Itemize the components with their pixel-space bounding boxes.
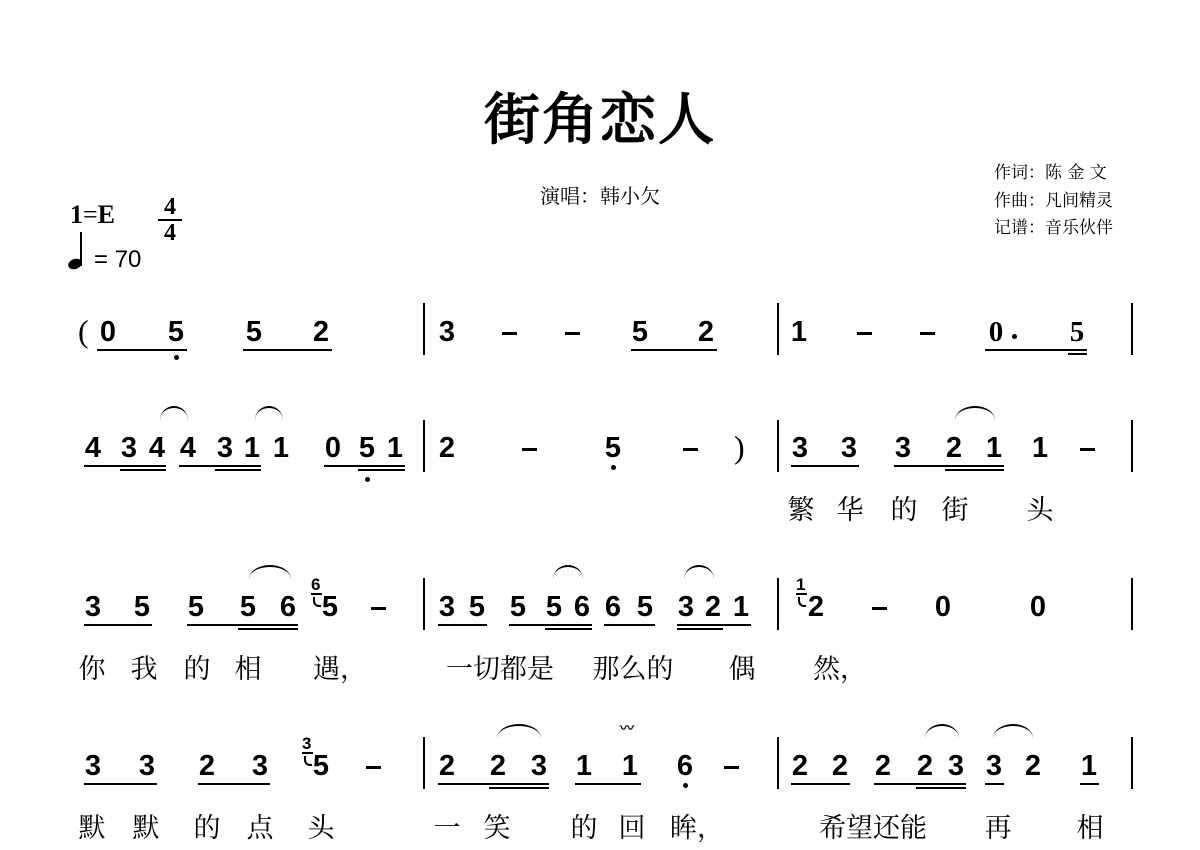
eighth-underline [874,783,966,785]
slur [249,565,291,579]
note: 2 [490,752,506,781]
grace-note: 1 [796,576,805,593]
barline [1131,737,1133,789]
eighth-underline [509,624,592,626]
eighth-underline [438,783,549,785]
slur [255,406,283,420]
transcriber-credit: 记谱：音乐伙伴 [994,215,1113,243]
note: 2 [917,752,933,781]
lyric: 的 [194,815,221,842]
song-title: 街角恋人 [0,92,1200,148]
note: 0 [935,593,951,622]
lyric: 希望还能 [819,815,927,842]
note: 1 [622,752,638,781]
grace-slur-icon [798,597,806,607]
barline [777,303,779,355]
sustain-dash [502,332,517,335]
note: 3 [121,434,137,463]
augmentation-dot [1012,334,1017,339]
lyric: 相 [235,656,262,683]
eighth-underline [631,349,717,351]
lyric: 然， [813,656,867,683]
lyric: 街 [942,497,969,524]
eighth-underline [1080,783,1099,785]
sustain-dash [683,448,698,451]
sixteenth-underline [215,469,261,471]
credits-block: 作词：陈 金 文 作曲：凡间精灵 记谱：音乐伙伴 [994,160,1113,243]
lyric: 再 [985,815,1012,842]
low-octave-dot [365,477,370,482]
note: 0 [100,318,116,347]
slur [160,406,188,420]
sixteenth-underline [489,787,549,789]
eighth-underline [438,624,487,626]
lyric: 偶 [729,656,756,683]
note: 3 [439,318,455,347]
barline [1131,303,1133,355]
lyric: 的 [184,656,211,683]
note: 4 [149,434,165,463]
note: 2 [946,434,962,463]
time-numerator: 4 [164,194,176,220]
note: 5 [546,593,562,622]
barline [1131,578,1133,630]
lyric: 你 [79,656,106,683]
slur [553,565,583,579]
note: 3 [948,752,964,781]
note: 5 [510,593,526,622]
barline [777,737,779,789]
note: 1 [576,752,592,781]
grace-underline [796,593,807,595]
grace-note: 6 [311,576,320,593]
slur [925,724,959,738]
eighth-underline [604,624,655,626]
note: 3 [792,434,808,463]
low-octave-dot [683,783,688,788]
note: 0 [325,434,341,463]
eighth-underline [84,465,166,467]
sixteenth-underline [916,787,966,789]
grace-note: 3 [302,735,311,752]
note: 3 [841,434,857,463]
eighth-underline [97,349,187,351]
note: 0 [1030,593,1046,622]
low-octave-dot [611,465,616,470]
eighth-underline [84,624,152,626]
eighth-underline [179,465,261,467]
lyric: 繁 [788,497,815,524]
note: 6 [280,593,296,622]
note: 5 [605,434,621,463]
sustain-dash [872,607,887,610]
key-equals: = [83,200,98,229]
note: 5 [359,434,375,463]
eighth-underline [985,783,1004,785]
note: 3 [85,752,101,781]
note: 3 [217,434,233,463]
grace-slur-icon [304,756,312,766]
note: 5 [322,593,338,622]
tempo-marking: = 70 [66,232,186,272]
note: 0 [989,318,1004,347]
sustain-dash [371,607,386,610]
note: 1 [986,434,1002,463]
note: 3 [85,593,101,622]
slur [955,406,995,420]
note: 4 [180,434,196,463]
lyric: 相 [1077,815,1104,842]
sustain-dash [920,332,935,335]
lyric: 回 [619,815,646,842]
note: 2 [792,752,808,781]
note: 6 [677,752,693,781]
slur [993,724,1033,738]
sixteenth-underline [120,469,166,471]
sixteenth-underline [677,628,723,630]
lyric: 眸， [670,815,724,842]
lyric: 的 [891,497,918,524]
barline [423,303,425,355]
note: 2 [808,593,824,622]
note: 1 [791,318,807,347]
sustain-dash [724,766,739,769]
eighth-underline [324,465,405,467]
lyric: 头 [308,815,335,842]
note: 1 [244,434,260,463]
eighth-underline [84,783,157,785]
lyric: 点 [247,815,274,842]
low-octave-dot [174,355,179,360]
note: 5 [637,593,653,622]
note: 3 [531,752,547,781]
note: 5 [134,593,150,622]
note: 5 [469,593,485,622]
lyric: 默 [79,815,106,842]
note: 6 [605,593,621,622]
note: 5 [188,593,204,622]
sixteenth-underline [358,469,405,471]
key-signature: 1=E [70,202,115,228]
lyric: 一 [434,815,461,842]
note: 6 [574,593,590,622]
lyric: 华 [837,497,864,524]
lyric: 那么的 [593,656,674,683]
note: 3 [139,752,155,781]
sixteenth-underline [238,628,298,630]
note: 1 [1081,752,1097,781]
lyric: 头 [1027,497,1054,524]
note: 1 [1032,434,1048,463]
lyric: 遇， [313,656,367,683]
barline [423,420,425,472]
sustain-dash [565,332,580,335]
eighth-underline [198,783,270,785]
open-paren: ( [78,315,89,347]
key-note: E [98,200,115,229]
barline [777,420,779,472]
note: 2 [439,434,455,463]
sustain-dash [1080,448,1095,451]
lyric: 的 [571,815,598,842]
sustain-dash [857,332,872,335]
sixteenth-underline [1068,353,1087,355]
eighth-underline [677,624,751,626]
note: 4 [85,434,101,463]
lyric: 笑 [484,815,511,842]
mordent-icon: 〰 [620,722,631,736]
note: 2 [199,752,215,781]
note: 5 [168,318,184,347]
lyric: 我 [131,656,158,683]
note: 3 [439,593,455,622]
lyric: 默 [133,815,160,842]
note: 2 [313,318,329,347]
barline [423,578,425,630]
eighth-underline [575,783,641,785]
slur [497,724,541,738]
eighth-underline [791,783,850,785]
note: 5 [240,593,256,622]
note: 5 [246,318,262,347]
note: 2 [439,752,455,781]
note: 2 [698,318,714,347]
lyricist-credit: 作词：陈 金 文 [994,160,1113,188]
eighth-underline [187,624,298,626]
barline [777,578,779,630]
note: 2 [832,752,848,781]
note: 2 [875,752,891,781]
close-paren: ) [734,431,745,463]
grace-underline [311,593,322,595]
note: 1 [387,434,403,463]
slur [684,565,714,579]
eighth-underline [243,349,332,351]
note: 3 [252,752,268,781]
note: 3 [986,752,1002,781]
grace-slur-icon [313,597,321,607]
note: 5 [632,318,648,347]
composer-credit: 作曲：凡间精灵 [994,188,1113,216]
key-degree: 1 [70,200,83,229]
lyric: 一切都是 [446,656,554,683]
note: 3 [678,593,694,622]
note: 3 [895,434,911,463]
barline [1131,420,1133,472]
tempo-value: = 70 [94,248,141,272]
note: 2 [705,593,721,622]
eighth-underline [985,349,1087,351]
grace-underline [302,752,313,754]
note: 5 [313,752,329,781]
sustain-dash [522,448,537,451]
sustain-dash [366,766,381,769]
barline [423,737,425,789]
sixteenth-underline [945,469,1004,471]
sixteenth-underline [545,628,592,630]
note: 1 [733,593,749,622]
note: 2 [1025,752,1041,781]
eighth-underline [894,465,1004,467]
note: 5 [1070,318,1085,347]
note: 1 [273,434,289,463]
eighth-underline [791,465,859,467]
